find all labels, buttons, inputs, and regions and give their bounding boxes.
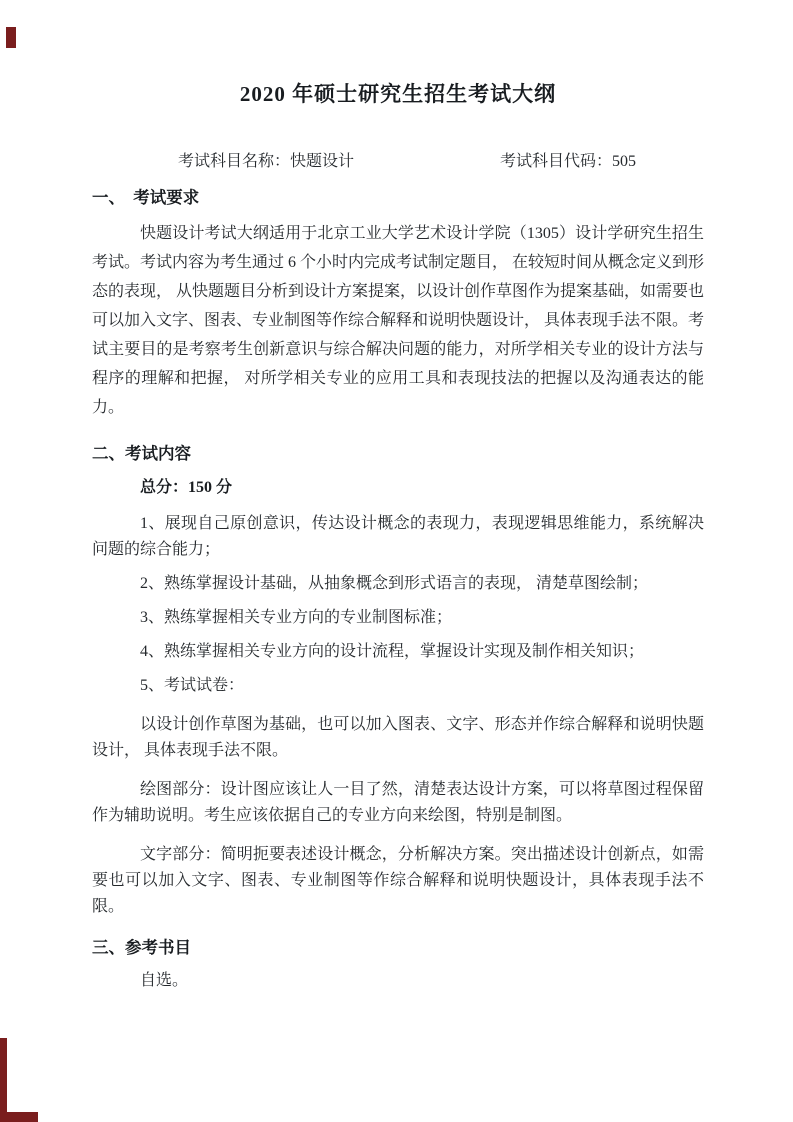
content-paragraph-basis: 以设计创作草图为基础，也可以加入图表、文字、形态并作综合解释和说明快题设计， 具… <box>92 712 704 764</box>
content-item-2: 2、熟练掌握设计基础，从抽象概念到形式语言的表现， 清楚草图绘制； <box>92 571 704 597</box>
content-item-4: 4、熟练掌握相关专业方向的设计流程，掌握设计实现及制作相关知识； <box>92 639 704 665</box>
references-body: 自选。 <box>92 967 704 990</box>
content-paragraph-text: 文字部分：简明扼要表述设计概念，分析解决方案。突出描述设计创新点，如需要也可以加… <box>92 842 704 920</box>
exam-subject-code: 考试科目代码：505 <box>500 148 636 171</box>
section-heading-requirements: 一、 考试要求 <box>92 184 704 208</box>
scan-artifact-top-left <box>6 27 16 48</box>
content-item-5: 5、考试试卷： <box>92 673 704 699</box>
section-heading-content: 二、考试内容 <box>92 440 704 464</box>
document-content: 2020 年硕士研究生招生考试大纲 考试科目名称：快题设计 考试科目代码：505… <box>92 0 704 990</box>
exam-meta-row: 考试科目名称：快题设计 考试科目代码：505 <box>92 148 704 169</box>
content-item-3: 3、熟练掌握相关专业方向的专业制图标准； <box>92 605 704 631</box>
document-title: 2020 年硕士研究生招生考试大纲 <box>92 78 704 108</box>
section-heading-references: 三、参考书目 <box>92 934 704 958</box>
content-item-1: 1、展现自己原创意识，传达设计概念的表现力，表现逻辑思维能力，系统解决问题的综合… <box>92 511 704 563</box>
scan-artifact-bottom-left <box>0 1038 7 1122</box>
requirements-paragraph: 快题设计考试大纲适用于北京工业大学艺术设计学院（1305）设计学研究生招生考试。… <box>92 219 704 422</box>
scan-artifact-bottom-edge <box>6 1112 38 1122</box>
exam-subject-name: 考试科目名称：快题设计 <box>178 148 354 171</box>
content-paragraph-drawing: 绘图部分：设计图应该让人一目了然，清楚表达设计方案，可以将草图过程保留作为辅助说… <box>92 777 704 829</box>
document-page: 2020 年硕士研究生招生考试大纲 考试科目名称：快题设计 考试科目代码：505… <box>0 0 793 1122</box>
total-score: 总分：150 分 <box>92 474 704 497</box>
